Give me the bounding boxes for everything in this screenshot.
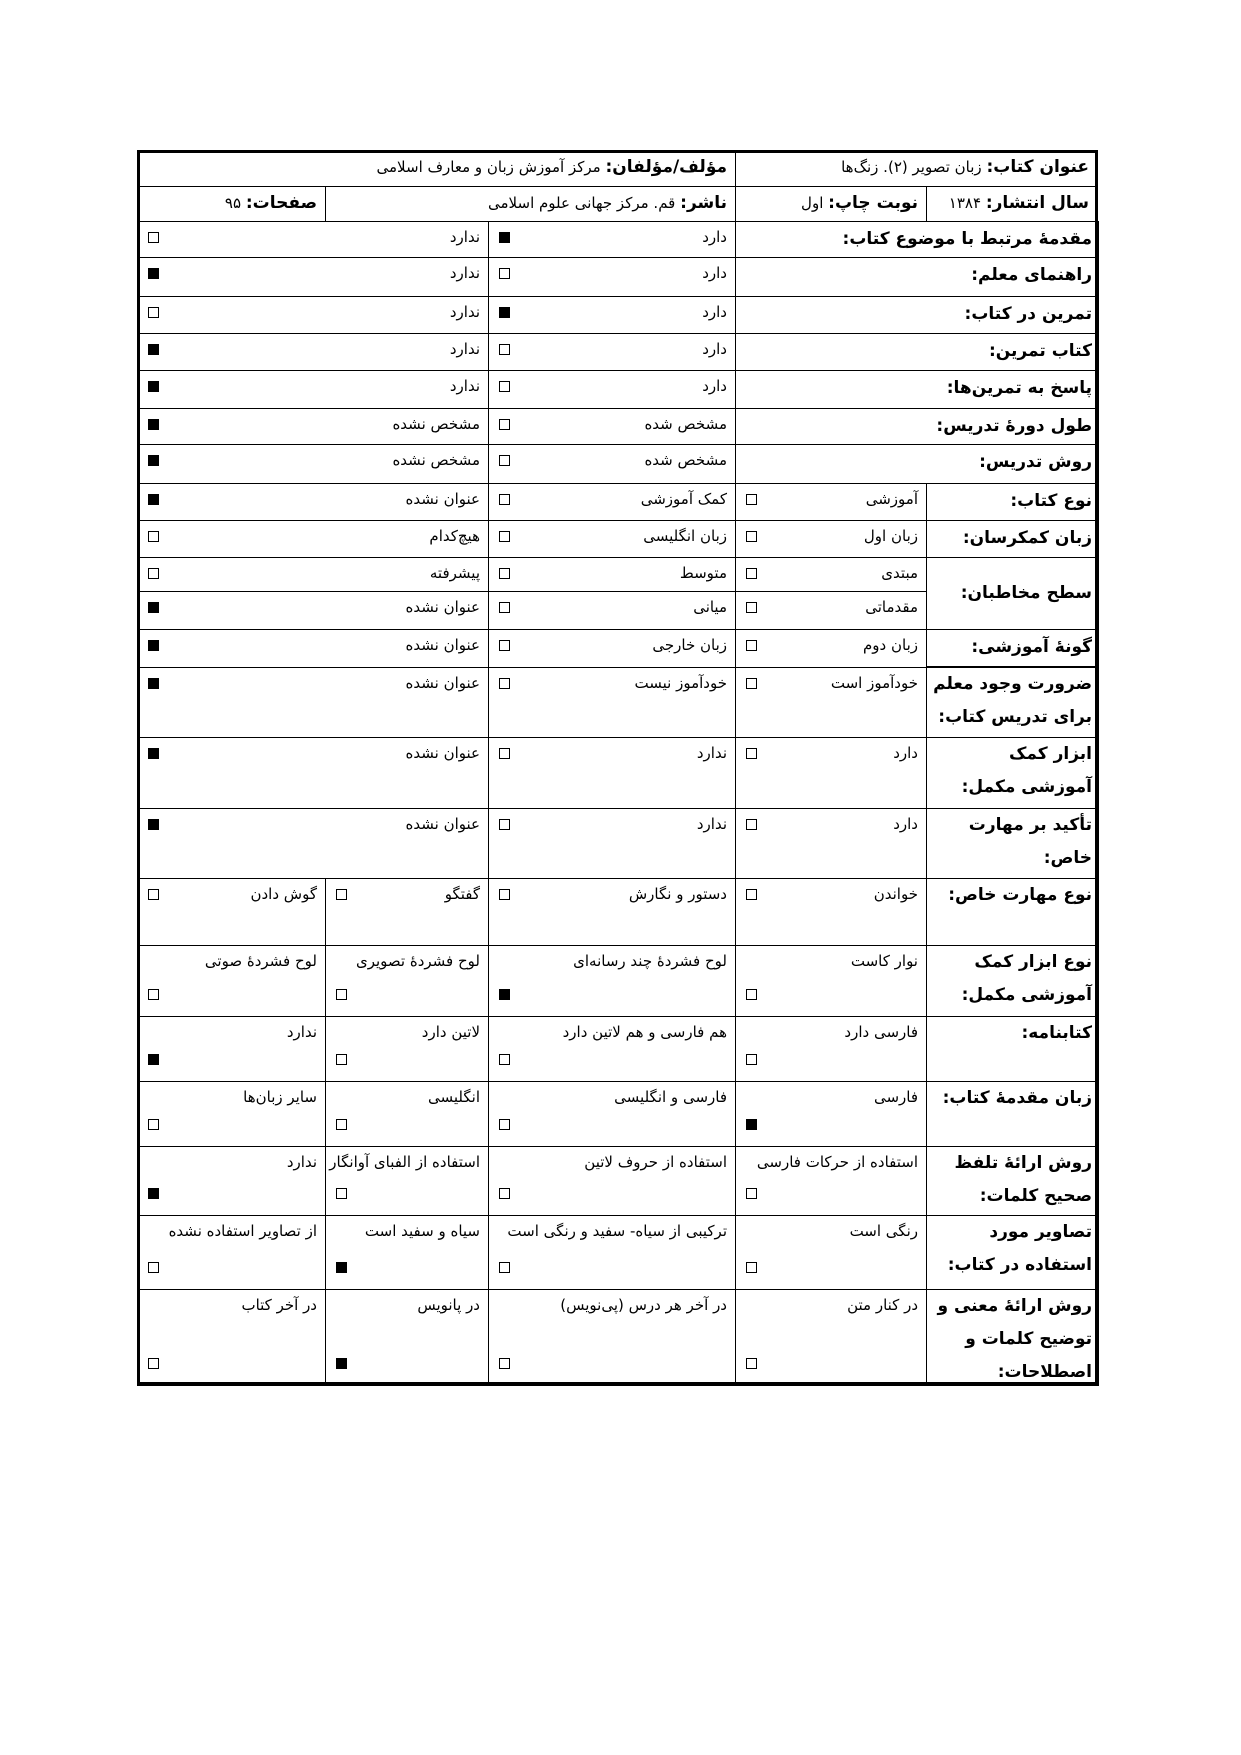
- option-label: ندارد: [450, 303, 480, 321]
- option-label: عنوان نشده: [406, 490, 480, 508]
- unchecked-checkbox[interactable]: [499, 494, 510, 505]
- option-cell: متوسط: [488, 557, 736, 592]
- checked-checkbox[interactable]: [148, 1188, 159, 1199]
- author-value: مرکز آموزش زبان و معارف اسلامی: [377, 158, 601, 176]
- option-cell: در کنار متن: [735, 1289, 927, 1386]
- unchecked-checkbox[interactable]: [746, 568, 757, 579]
- checked-checkbox[interactable]: [148, 344, 159, 355]
- unchecked-checkbox[interactable]: [746, 640, 757, 651]
- option-cell: مبتدی: [735, 557, 927, 592]
- option-cell: خودآموز نیست: [488, 667, 736, 738]
- checked-checkbox[interactable]: [148, 640, 159, 651]
- unchecked-checkbox[interactable]: [336, 1119, 347, 1130]
- option-cell: دارد: [735, 808, 927, 879]
- row-label: پاسخ به تمرین‌ها:: [736, 371, 1098, 405]
- checked-checkbox[interactable]: [499, 307, 510, 318]
- option-cell: گفتگو: [325, 878, 489, 946]
- unchecked-checkbox[interactable]: [148, 989, 159, 1000]
- checked-checkbox[interactable]: [499, 232, 510, 243]
- option-label: هم فارسی و هم لاتین دارد: [563, 1023, 727, 1041]
- option-label: ندارد: [287, 1023, 317, 1041]
- option-label: دارد: [702, 303, 727, 321]
- row-label-cell: پاسخ به تمرین‌ها:: [735, 370, 1099, 409]
- unchecked-checkbox[interactable]: [746, 494, 757, 505]
- option-label: زبان اول: [864, 527, 918, 545]
- unchecked-checkbox[interactable]: [499, 640, 510, 651]
- title-value: زبان تصویر (۲). زنگ‌ها: [841, 158, 982, 176]
- unchecked-checkbox[interactable]: [499, 1119, 510, 1130]
- option-label: مقدماتی: [865, 598, 918, 616]
- option-cell: عنوان نشده: [137, 808, 489, 879]
- option-label: مشخص شده: [644, 415, 727, 433]
- option-cell: عنوان نشده: [137, 483, 489, 521]
- option-label: انگلیسی: [428, 1088, 480, 1106]
- unchecked-checkbox[interactable]: [148, 889, 159, 900]
- checked-checkbox[interactable]: [148, 494, 159, 505]
- option-cell: استفاده از حرکات فارسی: [735, 1146, 927, 1216]
- row-label: کتاب تمرین:: [736, 334, 1098, 368]
- option-label: از تصاویر استفاده نشده: [169, 1222, 317, 1240]
- option-cell: مقدماتی: [735, 591, 927, 630]
- option-label: میانی: [693, 598, 727, 616]
- row-label: کتابنامه:: [927, 1017, 1098, 1050]
- option-cell: عنوان نشده: [137, 667, 489, 738]
- row-label: ابزار کمک آموزشی مکمل:: [927, 738, 1098, 804]
- checked-checkbox[interactable]: [148, 1054, 159, 1065]
- option-label: دارد: [702, 340, 727, 358]
- unchecked-checkbox[interactable]: [148, 1358, 159, 1369]
- row-label: زبان کمکرسان:: [927, 521, 1098, 555]
- option-cell: خواندن: [735, 878, 927, 946]
- unchecked-checkbox[interactable]: [499, 819, 510, 830]
- row-label: طول دورهٔ تدریس:: [736, 409, 1098, 443]
- unchecked-checkbox[interactable]: [499, 381, 510, 392]
- row-label-cell: تأکید بر مهارت خاص:: [926, 808, 1099, 879]
- option-label: مشخص نشده: [392, 415, 480, 433]
- row-label: نوع مهارت خاص:: [927, 879, 1098, 912]
- checked-checkbox[interactable]: [336, 1358, 347, 1369]
- unchecked-checkbox[interactable]: [499, 268, 510, 279]
- option-label: لوح فشردهٔ چند رسانه‌ای: [573, 952, 727, 970]
- option-label: آموزشی: [866, 490, 918, 508]
- option-cell: زبان انگلیسی: [488, 520, 736, 558]
- row-label-cell: نوع کتاب:: [926, 483, 1099, 521]
- unchecked-checkbox[interactable]: [499, 1054, 510, 1065]
- checked-checkbox[interactable]: [148, 268, 159, 279]
- row-label-cell: روش ارائهٔ تلفظ صحیح کلمات:: [926, 1146, 1099, 1216]
- unchecked-checkbox[interactable]: [746, 819, 757, 830]
- row-label-cell: مقدمهٔ مرتبط با موضوع کتاب:: [735, 221, 1099, 258]
- checked-checkbox[interactable]: [148, 602, 159, 613]
- unchecked-checkbox[interactable]: [746, 531, 757, 542]
- option-label: کمک آموزشی: [641, 490, 727, 508]
- checked-checkbox[interactable]: [336, 1262, 347, 1273]
- option-cell: کمک آموزشی: [488, 483, 736, 521]
- unchecked-checkbox[interactable]: [746, 748, 757, 759]
- unchecked-checkbox[interactable]: [746, 1188, 757, 1199]
- row-label: تأکید بر مهارت خاص:: [927, 809, 1098, 875]
- option-cell: ندارد: [137, 221, 489, 258]
- option-label: زبان انگلیسی: [643, 527, 727, 545]
- option-label: مشخص شده: [644, 451, 727, 469]
- option-cell: لوح فشردهٔ چند رسانه‌ای: [488, 945, 736, 1017]
- unchecked-checkbox[interactable]: [746, 602, 757, 613]
- row-label: مقدمهٔ مرتبط با موضوع کتاب:: [736, 222, 1098, 256]
- row-label: روش ارائهٔ تلفظ صحیح کلمات:: [927, 1147, 1098, 1213]
- option-cell: انگلیسی: [325, 1081, 489, 1147]
- option-cell: در آخر هر درس (پی‌نویس): [488, 1289, 736, 1386]
- unchecked-checkbox[interactable]: [746, 1054, 757, 1065]
- option-cell: عنوان نشده: [137, 591, 489, 630]
- option-label: ندارد: [697, 815, 727, 833]
- option-cell: زبان دوم: [735, 629, 927, 668]
- checked-checkbox[interactable]: [499, 989, 510, 1000]
- row-label-cell: راهنمای معلم:: [735, 257, 1099, 297]
- year-value: ۱۳۸۴: [949, 194, 981, 212]
- option-cell: دستور و نگارش: [488, 878, 736, 946]
- option-cell: لوح فشردهٔ تصویری: [325, 945, 489, 1017]
- option-label: در آخر هر درس (پی‌نویس): [560, 1296, 727, 1314]
- option-label: استفاده از الفبای آوانگار: [329, 1153, 480, 1171]
- row-label-cell: کتاب تمرین:: [735, 333, 1099, 371]
- option-cell: ندارد: [488, 808, 736, 879]
- unchecked-checkbox[interactable]: [499, 602, 510, 613]
- author-cell: مؤلف/مؤلفان: مرکز آموزش زبان و معارف اسل…: [137, 150, 736, 187]
- unchecked-checkbox[interactable]: [499, 531, 510, 542]
- option-label: ندارد: [450, 377, 480, 395]
- option-cell: زبان اول: [735, 520, 927, 558]
- year-cell: سال انتشار: ۱۳۸۴: [926, 186, 1098, 222]
- option-label: ندارد: [287, 1153, 317, 1171]
- checked-checkbox[interactable]: [148, 678, 159, 689]
- unchecked-checkbox[interactable]: [499, 1262, 510, 1273]
- unchecked-checkbox[interactable]: [148, 568, 159, 579]
- checked-checkbox[interactable]: [148, 748, 159, 759]
- checked-checkbox[interactable]: [148, 381, 159, 392]
- row-label: تصاویر مورد استفاده در کتاب:: [927, 1216, 1098, 1282]
- edition-cell: نوبت چاپ: اول: [735, 186, 927, 222]
- option-cell: آموزشی: [735, 483, 927, 521]
- unchecked-checkbox[interactable]: [336, 1188, 347, 1199]
- option-cell: خودآموز است: [735, 667, 927, 738]
- book-evaluation-form: عنوان کتاب: زبان تصویر (۲). زنگ‌ها مؤلف/…: [0, 0, 1241, 1755]
- option-cell: دارد: [735, 737, 927, 809]
- edition-label: نوبت چاپ:: [828, 193, 918, 213]
- row-label-cell: طول دورهٔ تدریس:: [735, 408, 1099, 445]
- option-label: لوح فشردهٔ صوتی: [205, 952, 317, 970]
- option-label: دارد: [702, 264, 727, 282]
- unchecked-checkbox[interactable]: [499, 344, 510, 355]
- option-cell: ندارد: [137, 1146, 326, 1216]
- checked-checkbox[interactable]: [746, 1119, 757, 1130]
- option-label: در کنار متن: [847, 1296, 918, 1314]
- edition-value: اول: [801, 194, 823, 212]
- option-label: نوار کاست: [851, 952, 918, 970]
- option-cell: سایر زبان‌ها: [137, 1081, 326, 1147]
- pages-label: صفحات:: [246, 193, 317, 213]
- option-cell: ندارد: [137, 296, 489, 334]
- row-label: زبان مقدمهٔ کتاب:: [927, 1082, 1098, 1115]
- row-label-cell: نوع مهارت خاص:: [926, 878, 1099, 946]
- option-cell: رنگی است: [735, 1215, 927, 1290]
- row-label: روش تدریس:: [736, 445, 1098, 479]
- option-cell: ندارد: [488, 737, 736, 809]
- option-label: عنوان نشده: [406, 636, 480, 654]
- option-label: در پانویس: [417, 1296, 480, 1314]
- option-label: گوش دادن: [250, 885, 317, 903]
- option-cell: سیاه و سفید است: [325, 1215, 489, 1290]
- option-label: فارسی و انگلیسی: [614, 1088, 727, 1106]
- unchecked-checkbox[interactable]: [148, 232, 159, 243]
- option-label: ندارد: [697, 744, 727, 762]
- option-cell: هیچ‌کدام: [137, 520, 489, 558]
- option-label: پیشرفته: [430, 564, 480, 582]
- unchecked-checkbox[interactable]: [499, 1188, 510, 1199]
- row-label: روش ارائهٔ معنی و توضیح کلمات و اصطلاحات…: [927, 1290, 1098, 1389]
- row-label: سطح مخاطبان:: [927, 558, 1098, 610]
- option-cell: دارد: [488, 370, 736, 409]
- option-cell: عنوان نشده: [137, 737, 489, 809]
- row-label-cell: روش تدریس:: [735, 444, 1099, 484]
- option-label: دارد: [893, 744, 918, 762]
- option-label: فارسی: [874, 1088, 918, 1106]
- option-cell: هم فارسی و هم لاتین دارد: [488, 1016, 736, 1082]
- option-cell: لوح فشردهٔ صوتی: [137, 945, 326, 1017]
- row-label-cell: ضرورت وجود معلم برای تدریس کتاب:: [926, 667, 1099, 738]
- row-label: نوع کتاب:: [927, 484, 1098, 518]
- option-label: ندارد: [450, 228, 480, 246]
- option-label: زبان خارجی: [652, 636, 727, 654]
- option-cell: مشخص شده: [488, 408, 736, 445]
- option-label: زبان دوم: [863, 636, 918, 654]
- option-label: دارد: [893, 815, 918, 833]
- unchecked-checkbox[interactable]: [336, 989, 347, 1000]
- option-cell: دارد: [488, 221, 736, 258]
- option-cell: گوش دادن: [137, 878, 326, 946]
- option-label: خودآموز نیست: [635, 674, 727, 692]
- row-label-cell: تمرین در کتاب:: [735, 296, 1099, 334]
- unchecked-checkbox[interactable]: [499, 889, 510, 900]
- option-label: هیچ‌کدام: [429, 527, 480, 545]
- option-label: عنوان نشده: [406, 674, 480, 692]
- option-label: لاتین دارد: [422, 1023, 480, 1041]
- option-cell: ترکیبی از سیاه- سفید و رنگی است: [488, 1215, 736, 1290]
- title-label: عنوان کتاب:: [986, 157, 1089, 177]
- publisher-value: قم. مرکز جهانی علوم اسلامی: [488, 194, 675, 212]
- option-cell: ندارد: [137, 257, 489, 297]
- option-label: لوح فشردهٔ تصویری: [356, 952, 480, 970]
- option-label: سیاه و سفید است: [365, 1222, 480, 1240]
- option-cell: عنوان نشده: [137, 629, 489, 668]
- option-label: در آخر کتاب: [241, 1296, 317, 1314]
- row-label-cell: ابزار کمک آموزشی مکمل:: [926, 737, 1099, 809]
- option-cell: دارد: [488, 333, 736, 371]
- unchecked-checkbox[interactable]: [746, 1262, 757, 1273]
- option-cell: فارسی و انگلیسی: [488, 1081, 736, 1147]
- title-cell: عنوان کتاب: زبان تصویر (۲). زنگ‌ها: [735, 150, 1098, 187]
- option-label: ندارد: [450, 264, 480, 282]
- row-label: تمرین در کتاب:: [736, 297, 1098, 331]
- option-cell: مشخص شده: [488, 444, 736, 484]
- option-label: فارسی دارد: [844, 1023, 918, 1041]
- unchecked-checkbox[interactable]: [148, 307, 159, 318]
- row-label-cell: زبان مقدمهٔ کتاب:: [926, 1081, 1099, 1147]
- unchecked-checkbox[interactable]: [499, 419, 510, 430]
- row-label-cell: روش ارائهٔ معنی و توضیح کلمات و اصطلاحات…: [926, 1289, 1099, 1386]
- unchecked-checkbox[interactable]: [499, 1358, 510, 1369]
- option-cell: فارسی: [735, 1081, 927, 1147]
- unchecked-checkbox[interactable]: [499, 748, 510, 759]
- checked-checkbox[interactable]: [148, 819, 159, 830]
- option-label: دارد: [702, 228, 727, 246]
- unchecked-checkbox[interactable]: [336, 1054, 347, 1065]
- option-cell: مشخص نشده: [137, 444, 489, 484]
- option-cell: در آخر کتاب: [137, 1289, 326, 1386]
- option-label: خواندن: [874, 885, 918, 903]
- pages-value: ۹۵: [225, 194, 241, 212]
- option-cell: فارسی دارد: [735, 1016, 927, 1082]
- option-cell: میانی: [488, 591, 736, 630]
- option-cell: زبان خارجی: [488, 629, 736, 668]
- option-label: ندارد: [450, 340, 480, 358]
- option-cell: استفاده از حروف لاتین: [488, 1146, 736, 1216]
- option-label: دستور و نگارش: [629, 885, 727, 903]
- option-cell: استفاده از الفبای آوانگار: [325, 1146, 489, 1216]
- unchecked-checkbox[interactable]: [499, 455, 510, 466]
- unchecked-checkbox[interactable]: [499, 568, 510, 579]
- option-label: عنوان نشده: [406, 598, 480, 616]
- option-cell: در پانویس: [325, 1289, 489, 1386]
- option-label: متوسط: [680, 564, 727, 582]
- unchecked-checkbox[interactable]: [148, 531, 159, 542]
- unchecked-checkbox[interactable]: [148, 1119, 159, 1130]
- option-cell: لاتین دارد: [325, 1016, 489, 1082]
- option-cell: ندارد: [137, 1016, 326, 1082]
- option-label: استفاده از حروف لاتین: [584, 1153, 727, 1171]
- unchecked-checkbox[interactable]: [148, 1262, 159, 1273]
- option-label: مبتدی: [881, 564, 918, 582]
- option-cell: از تصاویر استفاده نشده: [137, 1215, 326, 1290]
- option-label: دارد: [702, 377, 727, 395]
- option-cell: مشخص نشده: [137, 408, 489, 445]
- row-label: راهنمای معلم:: [736, 258, 1098, 292]
- unchecked-checkbox[interactable]: [746, 1358, 757, 1369]
- unchecked-checkbox[interactable]: [746, 889, 757, 900]
- row-label-cell: تصاویر مورد استفاده در کتاب:: [926, 1215, 1099, 1290]
- option-label: سایر زبان‌ها: [243, 1088, 317, 1106]
- unchecked-checkbox[interactable]: [746, 989, 757, 1000]
- option-label: مشخص نشده: [392, 451, 480, 469]
- option-label: استفاده از حرکات فارسی: [757, 1153, 918, 1171]
- publisher-cell: ناشر: قم. مرکز جهانی علوم اسلامی: [325, 186, 736, 222]
- unchecked-checkbox[interactable]: [499, 678, 510, 689]
- option-cell: ندارد: [137, 370, 489, 409]
- row-label-cell: گونهٔ آموزشی:: [926, 629, 1099, 668]
- option-label: ترکیبی از سیاه- سفید و رنگی است: [507, 1222, 727, 1240]
- option-cell: نوار کاست: [735, 945, 927, 1017]
- option-cell: ندارد: [137, 333, 489, 371]
- row-label: ضرورت وجود معلم برای تدریس کتاب:: [927, 668, 1098, 734]
- row-label-cell: نوع ابزار کمک آموزشی مکمل:: [926, 945, 1099, 1017]
- unchecked-checkbox[interactable]: [746, 678, 757, 689]
- year-label: سال انتشار:: [986, 193, 1089, 213]
- publisher-label: ناشر:: [680, 193, 727, 213]
- option-cell: دارد: [488, 257, 736, 297]
- row-label: نوع ابزار کمک آموزشی مکمل:: [927, 946, 1098, 1012]
- row-label-cell: کتابنامه:: [926, 1016, 1099, 1082]
- row-label-cell: زبان کمکرسان:: [926, 520, 1099, 558]
- option-label: گفتگو: [445, 885, 480, 903]
- option-label: رنگی است: [850, 1222, 918, 1240]
- option-cell: پیشرفته: [137, 557, 489, 592]
- option-label: خودآموز است: [831, 674, 918, 692]
- unchecked-checkbox[interactable]: [336, 889, 347, 900]
- checked-checkbox[interactable]: [148, 419, 159, 430]
- row-label: گونهٔ آموزشی:: [927, 630, 1098, 664]
- option-label: عنوان نشده: [406, 815, 480, 833]
- checked-checkbox[interactable]: [148, 455, 159, 466]
- pages-cell: صفحات: ۹۵: [137, 186, 326, 222]
- option-label: عنوان نشده: [406, 744, 480, 762]
- author-label: مؤلف/مؤلفان:: [605, 157, 727, 177]
- option-cell: دارد: [488, 296, 736, 334]
